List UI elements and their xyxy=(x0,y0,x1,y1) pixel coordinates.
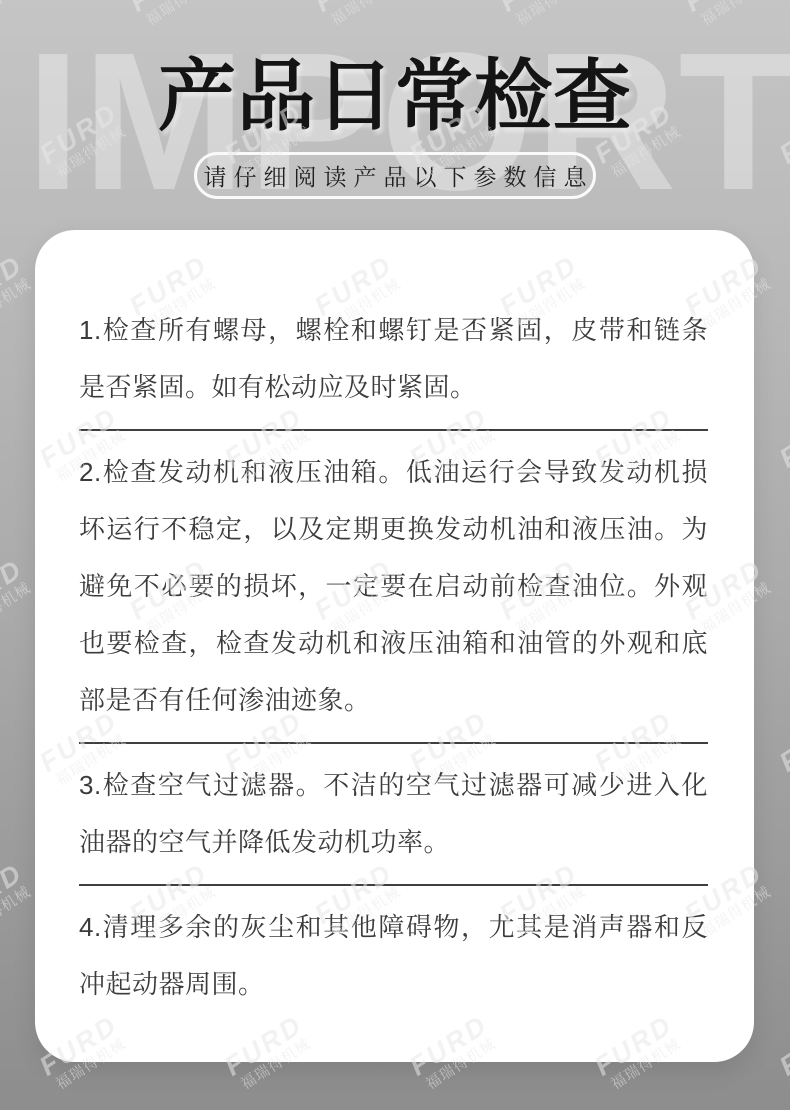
brand-logo-text: FURD xyxy=(0,553,29,626)
brand-name-text: 福瑞得机械 xyxy=(0,274,38,335)
header: 产品日常检查 请仔细阅读产品以下参数信息 xyxy=(0,0,790,142)
checklist-item-4: 4.清理多余的灰尘和其他障碍物，尤其是消声器和反冲起动器周围。 xyxy=(79,899,708,1013)
brand-logo-text: FURD xyxy=(774,401,790,474)
subtitle-text: 请仔细阅读产品以下参数信息 xyxy=(197,159,594,192)
brand-watermark-item: FURD福瑞得机械 xyxy=(0,857,38,944)
checklist-item-3: 3.检查空气过滤器。不洁的空气过滤器可减少进入化油器的空气并降低发动机功率。 xyxy=(79,757,708,871)
brand-logo-text: FURD xyxy=(774,705,790,778)
brand-watermark-item: FURD福瑞得机械 xyxy=(774,401,790,488)
subtitle-pill: 请仔细阅读产品以下参数信息 xyxy=(194,152,596,199)
page-title: 产品日常检查 xyxy=(0,52,790,142)
brand-watermark-item: FURD福瑞得机械 xyxy=(774,705,790,792)
brand-watermark-item: FURD福瑞得机械 xyxy=(0,553,38,640)
brand-logo-text: FURD xyxy=(0,857,29,930)
brand-watermark-item: FURD福瑞得机械 xyxy=(774,1009,790,1096)
brand-logo-text: FURD xyxy=(0,249,29,322)
brand-watermark-item: FURD福瑞得机械 xyxy=(0,249,38,336)
divider xyxy=(79,884,708,886)
checklist-card: 1.检查所有螺母，螺栓和螺钉是否紧固，皮带和链条是否紧固。如有松动应及时紧固。 … xyxy=(35,230,754,1062)
brand-name-text: 福瑞得机械 xyxy=(0,578,38,639)
divider xyxy=(79,429,708,431)
checklist-item-2: 2.检查发动机和液压油箱。低油运行会导致发动机损坏运行不稳定，以及定期更换发动机… xyxy=(79,444,708,729)
checklist-item-1: 1.检查所有螺母，螺栓和螺钉是否紧固，皮带和链条是否紧固。如有松动应及时紧固。 xyxy=(79,302,708,416)
brand-logo-text: FURD xyxy=(774,1009,790,1082)
divider xyxy=(79,742,708,744)
poster-page: { "background": { "watermark_word": "IMP… xyxy=(0,0,790,1110)
brand-name-text: 福瑞得机械 xyxy=(0,882,38,943)
